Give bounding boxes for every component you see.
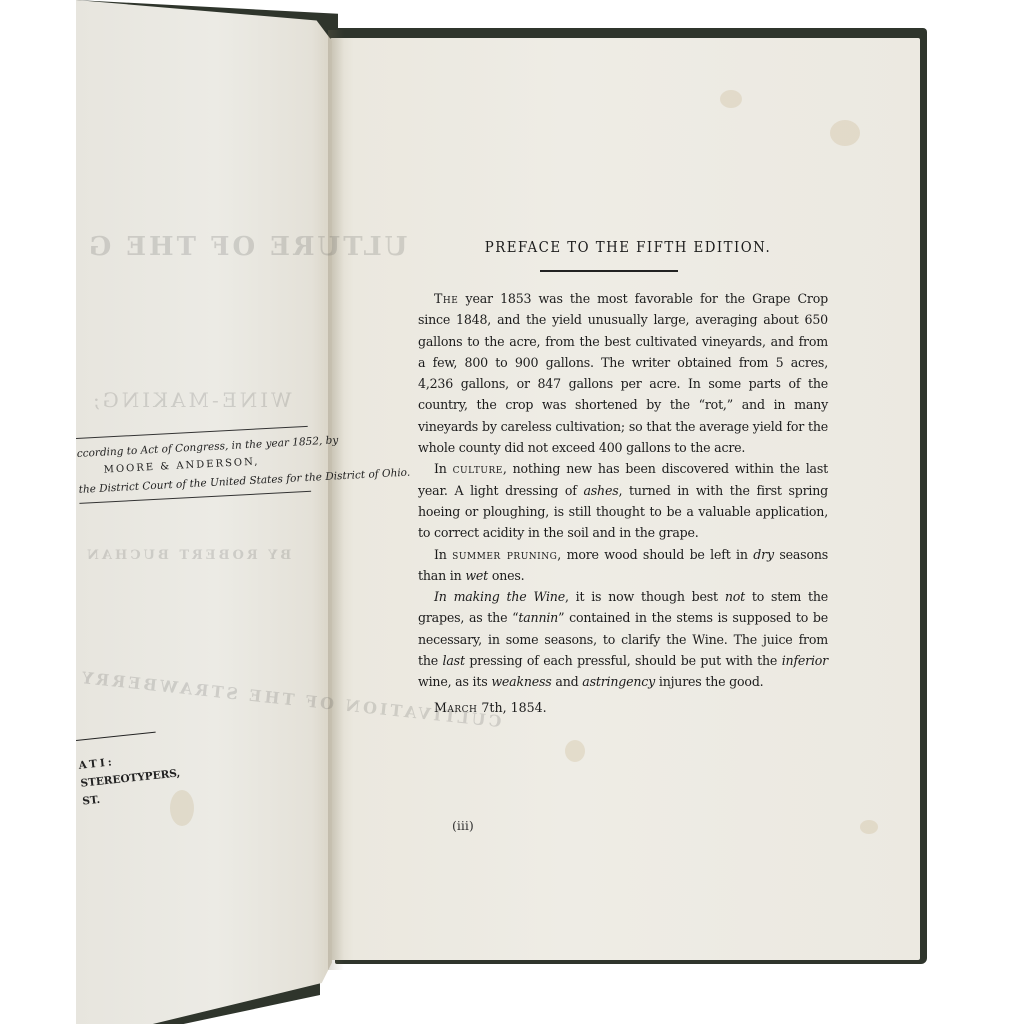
lead-word: The — [434, 291, 458, 306]
gutter-shadow — [328, 30, 344, 970]
show-through-title: ULTURE OF THE G — [86, 232, 407, 262]
italic-term: astringency — [582, 674, 655, 689]
text-run: In — [434, 547, 452, 562]
italic-term: wet — [465, 568, 488, 583]
text-run: pressing of each pressful, should be put… — [465, 653, 782, 668]
italic-term: In making the Wine — [434, 589, 565, 604]
text-run: and — [552, 674, 583, 689]
text-run: wine, as its — [418, 674, 491, 689]
paragraph-text: year 1853 was the most favorable for the… — [418, 291, 828, 455]
page-title: PREFACE TO THE FIFTH EDITION. — [444, 240, 812, 256]
small-caps-term: summer pruning — [452, 547, 557, 562]
date-rest: 7th, 1854. — [477, 700, 546, 715]
page-number: (iii) — [452, 818, 474, 833]
foxing-spot — [720, 90, 742, 108]
foxing-spot — [830, 120, 860, 146]
italic-term: dry — [753, 547, 774, 562]
show-through-author: BY ROBERT BUCHAN — [84, 548, 291, 563]
text-run: In — [434, 461, 453, 476]
italic-term: ashes — [583, 483, 618, 498]
text-run: , it is now though best — [565, 589, 725, 604]
paragraph-1: The year 1853 was the most favorable for… — [418, 288, 828, 458]
foxing-spot — [565, 740, 585, 762]
italic-term: inferior — [782, 653, 828, 668]
title-rule — [540, 270, 678, 272]
italic-term: not — [725, 589, 745, 604]
copyright-notice: ccording to Act of Congress, in the year… — [76, 426, 315, 510]
text-run: injures the good. — [655, 674, 763, 689]
small-caps-term: culture — [453, 461, 503, 476]
date-month: March — [434, 700, 477, 715]
left-page — [76, 0, 332, 1024]
italic-term: tannin — [518, 610, 558, 625]
foxing-spot — [860, 820, 878, 834]
italic-term: last — [443, 653, 465, 668]
text-run: , more wood should be left in — [557, 547, 753, 562]
paragraph-4: In making the Wine, it is now though bes… — [418, 586, 828, 692]
preface-text: PREFACE TO THE FIFTH EDITION. The year 1… — [418, 240, 828, 718]
text-run: ones. — [488, 568, 524, 583]
show-through-subtitle: WINE-MAKING; — [90, 388, 292, 412]
preface-date: March 7th, 1854. — [418, 697, 828, 718]
paragraph-3: In summer pruning, more wood should be l… — [418, 544, 828, 587]
open-book: ULTURE OF THE G WINE-MAKING; BY ROBERT B… — [0, 0, 1024, 1024]
paragraph-2: In culture, nothing new has been discove… — [418, 458, 828, 543]
italic-term: weakness — [491, 674, 551, 689]
